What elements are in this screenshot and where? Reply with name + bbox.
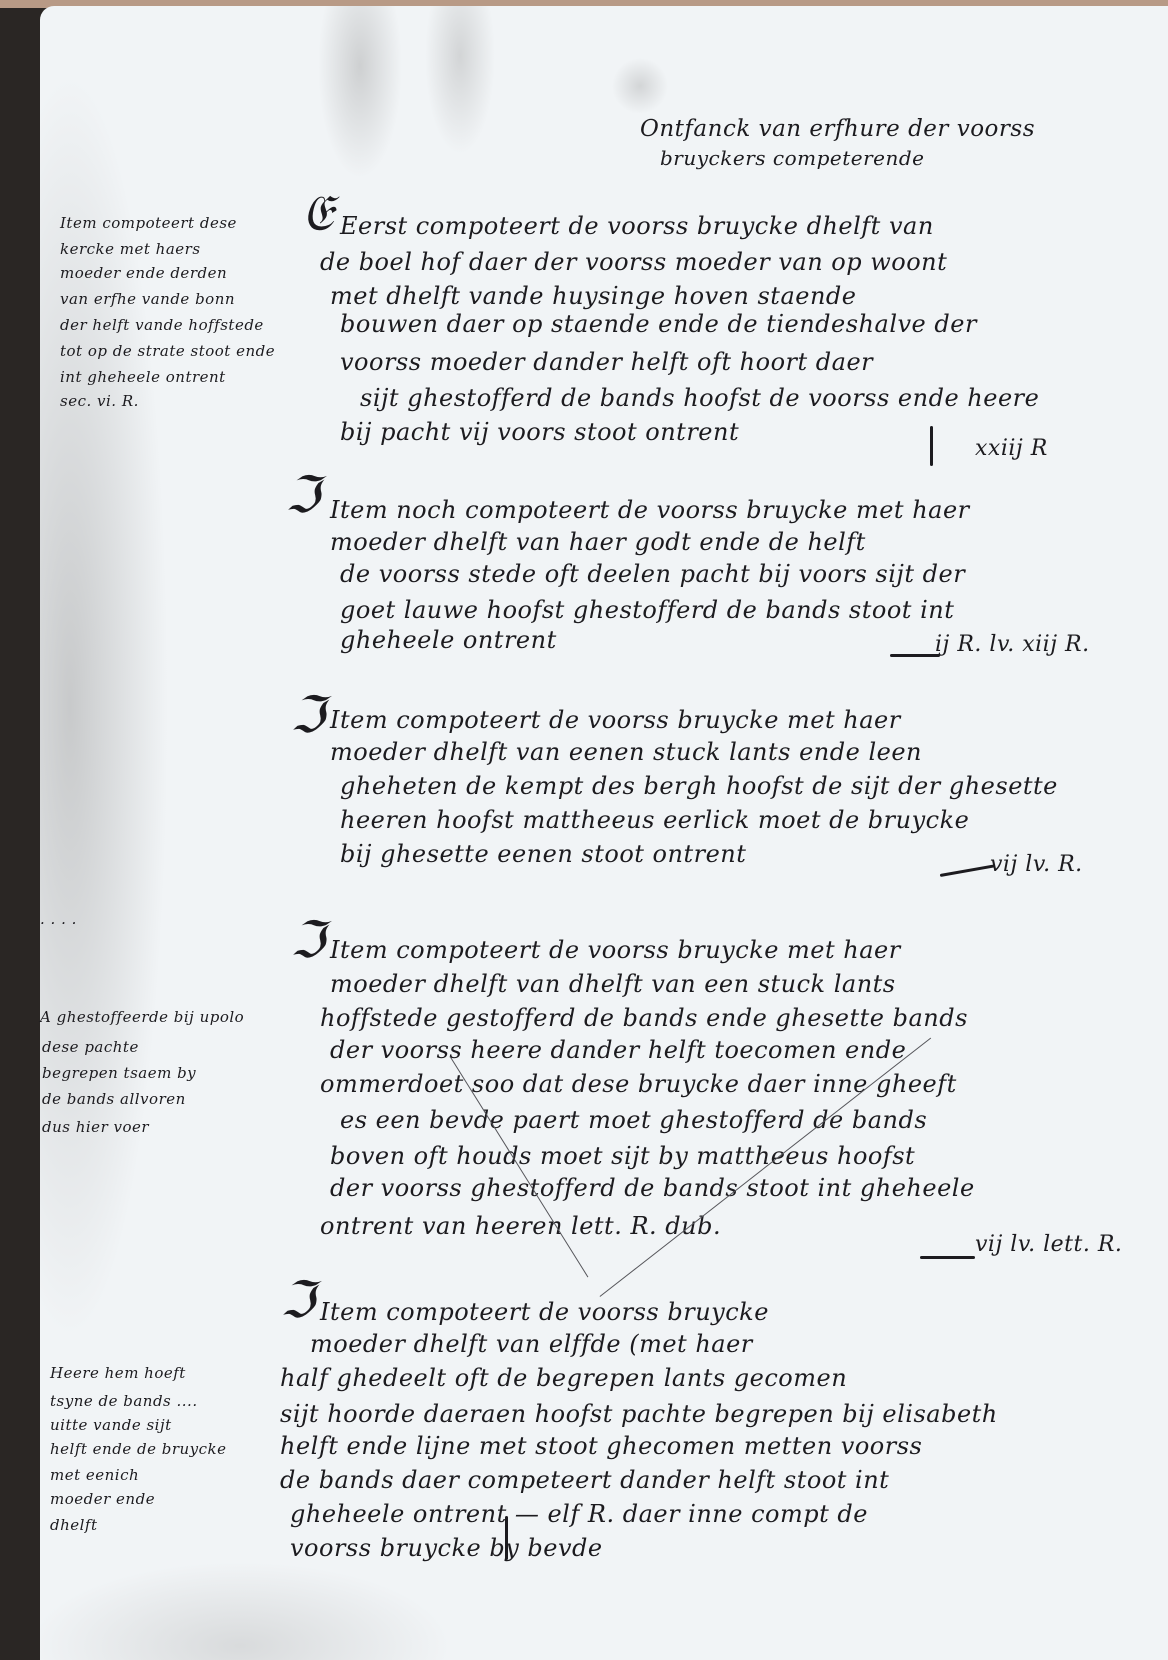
entry-4-sum-dash xyxy=(920,1256,975,1259)
entry-1-line: bouwen daer op staende ende de tiendesha… xyxy=(340,310,977,338)
entry-2-line: Item noch compoteert de voorss bruycke m… xyxy=(330,496,970,524)
entry-1-sum: xxiij R xyxy=(975,436,1048,461)
entry-5-line: gheheele ontrent — elf R. daer inne comp… xyxy=(290,1500,868,1528)
entry-2-line: moeder dhelft van haer godt ende de helf… xyxy=(330,528,866,556)
entry-1-line: voorss moeder dander helft oft hoort dae… xyxy=(340,348,873,376)
entry-5-line: helft ende lijne met stoot ghecomen mett… xyxy=(280,1432,922,1460)
entry-1-margin-line: int gheheele ontrent xyxy=(60,368,226,386)
entry-1-line: de boel hof daer der voorss moeder van o… xyxy=(320,248,947,276)
entry-3-line: gheheten de kempt des bergh hoofst de si… xyxy=(340,772,1058,800)
entry-1-line: met dhelft vande huysinge hoven staende xyxy=(330,282,856,310)
entry-3-line: heeren hoofst mattheeus eerlick moet de … xyxy=(340,806,969,834)
heading-line-1: Ontfanck van erfhure der voorss xyxy=(640,116,1035,142)
entry-3-line: moeder dhelft van eenen stuck lants ende… xyxy=(330,738,922,766)
entry-4-line: der voorss heere dander helft toecomen e… xyxy=(330,1036,906,1064)
entry-2-marker: ℑ xyxy=(285,466,320,524)
entry-5-margin-line: moeder ende xyxy=(50,1490,155,1508)
entry-1-margin-line: Item compoteert dese xyxy=(60,214,237,232)
entry-1-line: bij pacht vij voors stoot ontrent xyxy=(340,418,739,446)
entry-4-margin-line: de bands allvoren xyxy=(42,1090,186,1108)
entry-4-margin-line: begrepen tsaem by xyxy=(42,1064,196,1082)
entry-1-margin-line: der helft vande hoffstede xyxy=(60,316,264,334)
entry-2-line: goet lauwe hoofst ghestofferd de bands s… xyxy=(340,596,954,624)
entry-4-margin-line: dus hier voer xyxy=(42,1118,149,1136)
entry-1-line: Eerst compoteert de voorss bruycke dhelf… xyxy=(340,212,934,240)
entry-4-line: Item compoteert de voorss bruycke met ha… xyxy=(330,936,901,964)
entry-4-line: ommerdoet soo dat dese bruycke daer inne… xyxy=(320,1070,957,1098)
entry-3-sum-dash xyxy=(940,864,995,877)
entry-3-line: Item compoteert de voorss bruycke met ha… xyxy=(330,706,901,734)
entry-4-line: hoffstede gestofferd de bands ende ghese… xyxy=(320,1004,968,1032)
entry-5-margin-line: dhelft xyxy=(50,1516,98,1534)
entry-5-margin-line: uitte vande sijt xyxy=(50,1416,172,1434)
entry-4-marker: ℑ xyxy=(290,911,325,969)
entry-1-line: sijt ghestofferd de bands hoofst de voor… xyxy=(360,384,1039,412)
entry-4-margin-line: A ghestoffeerde bij upolo xyxy=(40,1008,244,1026)
entry-5-margin-line: Heere hem hoeft xyxy=(50,1364,186,1382)
entry-4-line: ontrent van heeren lett. R. dub. xyxy=(320,1212,721,1240)
entry-5-line: sijt hoorde daeraen hoofst pachte begrep… xyxy=(280,1400,998,1428)
entry-2-line: de voorss stede oft deelen pacht bij voo… xyxy=(340,560,965,588)
entry-5-margin-line: tsyne de bands .... xyxy=(50,1392,198,1410)
entry-4-sum: vij lv. lett. R. xyxy=(975,1232,1122,1257)
entry-2-sum: ij R. lv. xiij R. xyxy=(935,632,1090,657)
entry-5-margin-line: met eenich xyxy=(50,1466,139,1484)
entry-3-sum: vij lv. R. xyxy=(990,852,1083,877)
entry-3-marker: ℑ xyxy=(290,686,325,744)
entry-5-line: de bands daer competeert dander helft st… xyxy=(280,1466,889,1494)
entry-4-line: boven oft houds moet sijt by mattheeus h… xyxy=(330,1142,915,1170)
entry-4-line: der voorss ghestofferd de bands stoot in… xyxy=(330,1174,975,1202)
entry-2-line: gheheele ontrent xyxy=(340,626,557,654)
entry-1-sum-brace xyxy=(930,426,933,466)
entry-1-margin-line: kercke met haers xyxy=(60,240,201,258)
entry-1-marker: 𝔈 xyxy=(302,184,333,243)
entry-5-margin-line: helft ende de bruycke xyxy=(50,1440,227,1458)
entry-2-sum-dash xyxy=(890,654,940,657)
margin-dots: · · · · xyxy=(40,914,77,932)
entry-5-line: moeder dhelft van elffde (met haer xyxy=(310,1330,753,1358)
entry-4-line: moeder dhelft van dhelft van een stuck l… xyxy=(330,970,896,998)
entry-4-margin-line: dese pachte xyxy=(42,1038,139,1056)
entry-5-line: voorss bruycke by bevde xyxy=(290,1534,603,1562)
entry-3-line: bij ghesette eenen stoot ontrent xyxy=(340,840,746,868)
entry-1-margin-line: van erfhe vande bonn xyxy=(60,290,235,308)
entry-1-margin-line: moeder ende derden xyxy=(60,264,227,282)
heading-line-2: bruyckers competerende xyxy=(660,146,925,170)
entry-1-margin-line: tot op de strate stoot ende xyxy=(60,342,275,360)
entry-5-line: Item compoteert de voorss bruycke xyxy=(320,1298,769,1326)
entry-5-marker: ℑ xyxy=(280,1271,315,1329)
entry-5-line: half ghedeelt oft de begrepen lants geco… xyxy=(280,1364,847,1392)
entry-5-sum-brace xyxy=(505,1516,508,1560)
entry-1-margin-line: sec. vi. R. xyxy=(60,392,139,410)
manuscript-page: Ontfanck van erfhure der voorss bruycker… xyxy=(40,6,1168,1660)
